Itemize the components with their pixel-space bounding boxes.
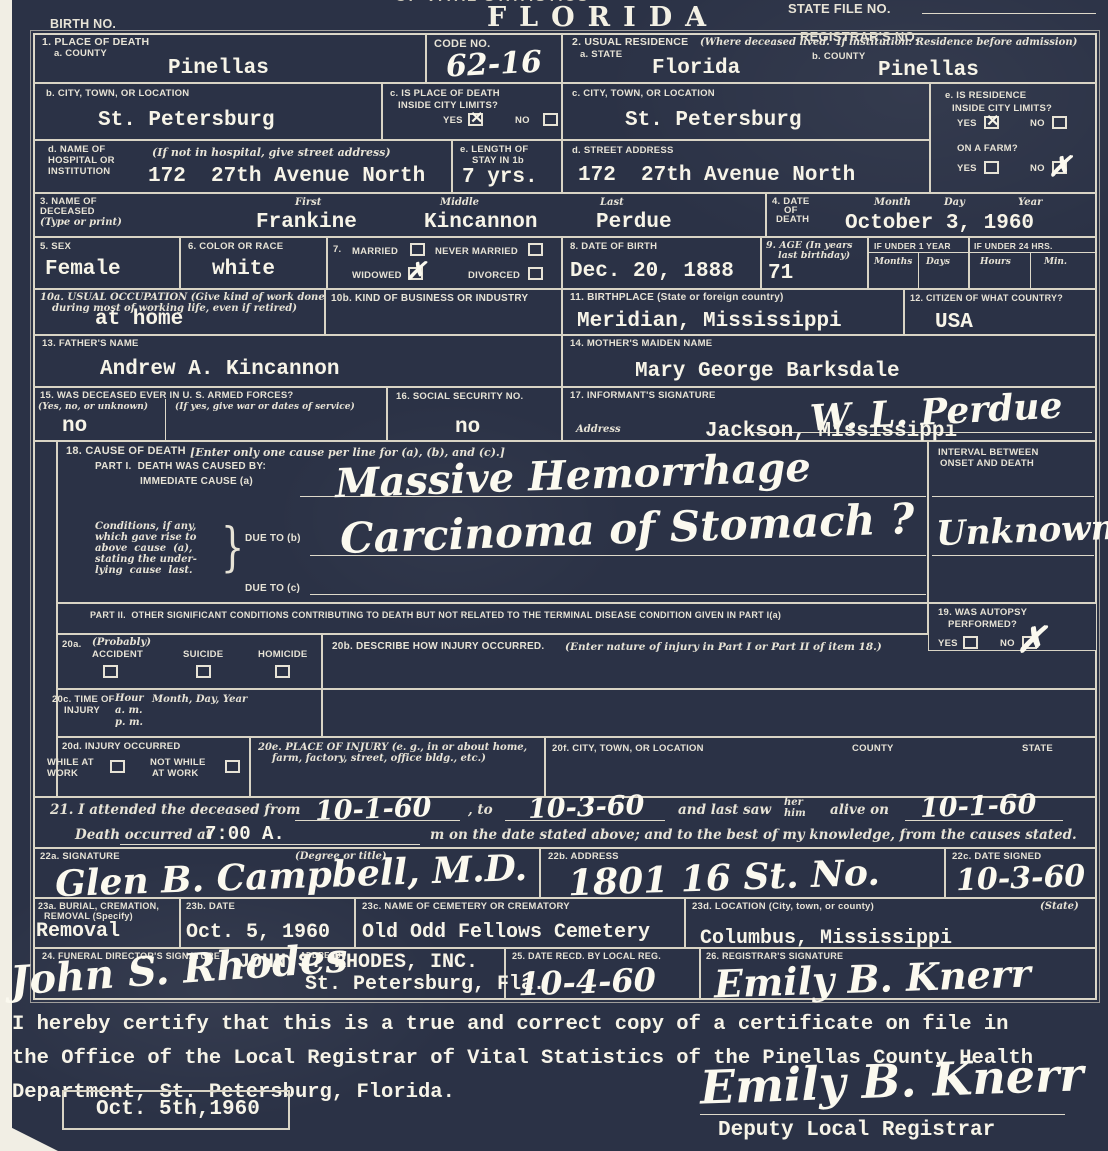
- certificate-title: FLORIDA: [487, 4, 719, 31]
- f14-label: 14. MOTHER'S MAIDEN NAME: [570, 338, 712, 349]
- f1-limits-yes-x-mark: ✕: [470, 111, 483, 127]
- f20b-label: 20b. DESCRIBE HOW INJURY OCCURRED.: [332, 641, 544, 653]
- f2-state-value: Florida: [652, 58, 740, 79]
- f20c-label2: INJURY: [64, 705, 100, 716]
- f23c-label: 23c. NAME OF CEMETERY OR CREMATORY: [362, 901, 570, 912]
- f3-last-label: Last: [600, 197, 624, 209]
- f1-hosp-note: (If not in hospital, give street address…: [152, 146, 391, 159]
- rule: [969, 252, 1097, 253]
- f7-married-checkbox: [410, 243, 425, 256]
- f20f-label: 20f. CITY, TOWN, OR LOCATION: [552, 743, 704, 754]
- cell-medical-strip: [33, 441, 57, 797]
- f2-state-label: a. STATE: [580, 49, 622, 60]
- f2-label-note: (Where deceased lived. If institution: R…: [700, 37, 1077, 49]
- death-certificate-scan: OF VITAL STATISTICS BIRTH NO. FLORIDA ST…: [0, 0, 1108, 1151]
- f21-p4: Death occurred at: [75, 827, 212, 843]
- footer-line1: I hereby certify that this is a true and…: [12, 1015, 1008, 1036]
- f2-county-label: b. COUNTY: [812, 51, 865, 62]
- f3-first-label: First: [295, 197, 321, 209]
- f4-day-label: Day: [944, 197, 965, 209]
- f1-code-value: 62-16: [445, 48, 542, 83]
- f9-u24-label: IF UNDER 24 HRS.: [974, 241, 1053, 251]
- f9-days-label: Days: [926, 257, 950, 268]
- f23d-value: Columbus, Mississippi: [700, 929, 952, 949]
- f17-address-value: Jackson, Mississippi: [705, 421, 957, 442]
- f2-city-value: St. Petersburg: [625, 110, 801, 131]
- f2-limits-yes-label: YES: [957, 118, 977, 129]
- f18-part2-label: PART II. OTHER SIGNIFICANT CONDITIONS CO…: [90, 610, 781, 621]
- f2-farm-no-x-mark: ✗: [1048, 153, 1071, 181]
- f23b-label: 23b. DATE: [186, 901, 235, 912]
- f16-label: 16. SOCIAL SECURITY NO.: [396, 391, 523, 402]
- f15-label: 15. WAS DECEASED EVER IN U. S. ARMED FOR…: [40, 390, 293, 401]
- f20a-probably-label: (Probably): [92, 637, 151, 649]
- f1-county-label: a. COUNTY: [54, 48, 107, 59]
- f21-d2-value: 10-3-60: [528, 792, 645, 823]
- f26-value: Emily B. Knerr: [713, 954, 1031, 1003]
- f3-label2: DECEASED: [40, 206, 95, 217]
- birth-no-label: BIRTH NO.: [50, 17, 116, 32]
- f2-farm-label: ON A FARM?: [957, 143, 1018, 154]
- f20a-accident-checkbox: [103, 665, 118, 678]
- f15-value: no: [62, 416, 87, 437]
- f3-first-value: Frankine: [256, 212, 357, 233]
- f5-value: Female: [45, 259, 121, 280]
- f1-hosp-value: 172 27th Avenue North: [148, 166, 425, 187]
- f19-no-label: NO: [1000, 638, 1015, 649]
- f9-min-label: Min.: [1044, 257, 1067, 268]
- f9-label2: last birthday): [778, 250, 850, 261]
- f18-immediate-label: IMMEDIATE CAUSE (a): [140, 476, 253, 488]
- f7-widowed-label: WIDOWED: [352, 270, 402, 281]
- f20c-label1: 20c. TIME OF: [52, 694, 115, 705]
- f8-value: Dec. 20, 1888: [570, 261, 734, 282]
- f9-months-label: Months: [874, 257, 912, 268]
- f11-label: 11. BIRTHPLACE (State or foreign country…: [570, 292, 784, 304]
- footer-signature: Emily B. Knerr: [699, 1051, 1084, 1110]
- f16-value: no: [455, 417, 480, 438]
- f7-widowed-x-mark: ✗: [406, 259, 426, 283]
- f2-limits-no-label: NO: [1030, 118, 1045, 129]
- f25-value: 10-4-60: [517, 964, 656, 1001]
- interval-rule-a: [932, 496, 1094, 497]
- f2-limits-label2: INSIDE CITY LIMITS?: [952, 103, 1052, 114]
- f2-street-value: 172 27th Avenue North: [578, 165, 855, 186]
- footer-signature-rule: [700, 1114, 1065, 1115]
- f9-u1y-label: IF UNDER 1 YEAR: [874, 241, 951, 251]
- f7-divorced-checkbox: [528, 267, 543, 280]
- f15-note1: (Yes, no, or unknown): [38, 402, 148, 413]
- f18-due-c-label: DUE TO (c): [245, 583, 300, 595]
- f1-stay-label2: STAY IN 1b: [472, 155, 524, 166]
- f6-value: white: [212, 259, 275, 280]
- f20c-hour-label: Hour: [115, 693, 144, 705]
- f5-label: 5. SEX: [40, 241, 71, 252]
- f19-yes-checkbox: [963, 636, 978, 649]
- f2-farm-yes-checkbox: [984, 161, 999, 174]
- f20a-suicide-checkbox: [196, 665, 211, 678]
- f1-city-label: b. CITY, TOWN, OR LOCATION: [46, 88, 189, 99]
- f19-label1: 19. WAS AUTOPSY: [938, 607, 1027, 618]
- f7-never-label: NEVER MARRIED: [435, 246, 518, 257]
- f20d-label: 20d. INJURY OCCURRED: [62, 741, 181, 752]
- f2-city-label: c. CITY, TOWN, OR LOCATION: [572, 88, 715, 99]
- f1-limits-yes-label: YES: [443, 115, 463, 126]
- f11-value: Meridian, Mississippi: [577, 311, 842, 332]
- f4-month-label: Month: [874, 197, 911, 209]
- f21-p3: alive on: [830, 802, 889, 818]
- f18-label: 18. CAUSE OF DEATH: [66, 445, 186, 458]
- f1-hosp-label1: d. NAME OF: [48, 144, 105, 155]
- f3-middle-label: Middle: [440, 197, 479, 209]
- f21-d1-value: 10-1-60: [315, 794, 432, 825]
- f7-married-label: MARRIED: [352, 246, 398, 257]
- f10a-value: at home: [95, 309, 183, 330]
- f21-him: him: [784, 808, 806, 820]
- f3-middle-value: Kincannon: [424, 212, 537, 233]
- f20d-not-checkbox: [225, 760, 240, 773]
- f18-interval-value: Unknown: [935, 511, 1108, 551]
- f9-value: 71: [768, 263, 793, 284]
- f2-farm-yes-label: YES: [957, 163, 977, 174]
- f1-limits-label1: c. IS PLACE OF DEATH: [390, 88, 500, 99]
- f22b-value: 1801 16 St. No.: [567, 855, 880, 902]
- f6-label: 6. COLOR OR RACE: [188, 241, 283, 252]
- f4-label3: DEATH: [776, 214, 809, 225]
- f20a-label: 20a.: [62, 639, 82, 650]
- f4-value: October 3, 1960: [845, 213, 1034, 234]
- f12-value: USA: [935, 312, 973, 333]
- cause-c-rule: [310, 594, 926, 595]
- f23c-value: Old Odd Fellows Cemetery: [362, 923, 650, 943]
- f20e-label2: farm, factory, street, office bldg., etc…: [272, 753, 486, 765]
- f18-interval-label2: ONSET AND DEATH: [940, 458, 1034, 469]
- f18-interval-label1: INTERVAL BETWEEN: [938, 447, 1039, 458]
- f19-label2: PERFORMED?: [948, 619, 1017, 630]
- f19-yes-label: YES: [938, 638, 958, 649]
- f1-limits-no-label: NO: [515, 115, 530, 126]
- f20c-pm-label: p. m.: [115, 717, 143, 729]
- f2-farm-no-label: NO: [1030, 163, 1045, 174]
- f20d-while-label1: WHILE AT: [47, 757, 94, 768]
- f20c-am-label: a. m.: [115, 705, 143, 717]
- f2-limits-yes-x-mark: ✕: [986, 114, 999, 130]
- f20d-while-label2: WORK: [47, 768, 78, 779]
- f20d-not-label1: NOT WHILE: [150, 757, 206, 768]
- f21-time-value: 7:00 A.: [205, 825, 285, 844]
- cell-20b-cont: [322, 689, 1097, 737]
- f3-last-value: Perdue: [596, 212, 672, 233]
- f22c-value: 10-3-60: [956, 862, 1086, 896]
- f15-note2: (If yes, give war or dates of service): [175, 402, 355, 413]
- interval-rule-b: [932, 555, 1094, 556]
- f7-label: 7.: [333, 244, 341, 255]
- f2-county-value: Pinellas: [878, 60, 979, 81]
- f1-stay-value: 7 yrs.: [462, 167, 538, 188]
- f23d-state-note: (State): [1040, 901, 1079, 913]
- f1-county-value: Pinellas: [168, 58, 269, 79]
- state-file-rule: [922, 13, 1096, 14]
- f7-divorced-label: DIVORCED: [468, 270, 520, 281]
- f9-hours-label: Hours: [980, 257, 1011, 268]
- f20a-suicide-label: SUICIDE: [183, 649, 223, 660]
- f23a-value: Removal: [36, 922, 120, 942]
- f7-never-checkbox: [528, 243, 543, 256]
- f2-limits-label1: e. IS RESIDENCE: [945, 90, 1026, 101]
- state-file-no-label: STATE FILE NO.: [788, 1, 891, 16]
- f21-p2: and last saw: [678, 802, 771, 818]
- f1-stay-label1: e. LENGTH OF: [460, 144, 528, 155]
- f21-d3-value: 10-1-60: [920, 791, 1037, 822]
- f23d-label: 23d. LOCATION (City, town, or county): [692, 901, 874, 912]
- f18-due-b-label: DUE TO (b): [245, 533, 301, 545]
- f20d-while-checkbox: [110, 760, 125, 773]
- f20a-homicide-checkbox: [275, 665, 290, 678]
- f1-hosp-label3: INSTITUTION: [48, 166, 110, 177]
- f17-label: 17. INFORMANT'S SIGNATURE: [570, 390, 716, 401]
- conditions-brace: }: [221, 522, 244, 574]
- f12-label: 12. CITIZEN OF WHAT COUNTRY?: [910, 293, 1063, 304]
- f25-label: 25. DATE RECD. BY LOCAL REG.: [512, 951, 661, 962]
- f21-to: , to: [468, 802, 493, 818]
- rule: [1030, 253, 1031, 289]
- f20a-accident-label: ACCIDENT: [92, 649, 143, 660]
- f21-p1: 21. I attended the deceased from: [50, 802, 300, 818]
- footer-title: Deputy Local Registrar: [718, 1120, 995, 1141]
- f20a-homicide-label: HOMICIDE: [258, 649, 308, 660]
- f19-no-x-mark: ✗: [1016, 622, 1046, 658]
- f20f-county-label: COUNTY: [852, 743, 894, 754]
- f8-label: 8. DATE OF BIRTH: [570, 241, 657, 252]
- rule: [918, 253, 919, 289]
- f1-limits-no-checkbox: [543, 113, 558, 126]
- f1-label: 1. PLACE OF DEATH: [42, 36, 149, 48]
- f2-limits-no-checkbox: [1052, 116, 1067, 129]
- f18-cond5: lying cause last.: [95, 565, 192, 577]
- f1-hosp-label2: HOSPITAL OR: [48, 155, 115, 166]
- f20d-not-label2: AT WORK: [152, 768, 198, 779]
- f4-year-label: Year: [1018, 197, 1042, 209]
- f14-value: Mary George Barksdale: [635, 361, 900, 382]
- f3-label3: (Type or print): [40, 217, 122, 229]
- footer-date-value: Oct. 5th,1960: [96, 1099, 260, 1120]
- f20f-state-label: STATE: [1022, 743, 1053, 754]
- f17-address-label: Address: [576, 424, 621, 436]
- f10b-label: 10b. KIND OF BUSINESS OR INDUSTRY: [331, 293, 528, 305]
- f2-label: 2. USUAL RESIDENCE: [572, 36, 688, 48]
- f13-value: Andrew A. Kincannon: [100, 359, 339, 380]
- f1-limits-label2: INSIDE CITY LIMITS?: [398, 100, 498, 111]
- f18-part1-label: PART I. DEATH WAS CAUSED BY:: [95, 461, 266, 473]
- f1-city-value: St. Petersburg: [98, 110, 274, 131]
- f2-street-label: d. STREET ADDRESS: [572, 145, 674, 156]
- rule: [165, 399, 166, 440]
- f20b-note: (Enter nature of injury in Part I or Par…: [565, 641, 882, 654]
- f13-label: 13. FATHER'S NAME: [42, 338, 139, 349]
- f20c-mdy-label: Month, Day, Year: [152, 694, 247, 706]
- f21-p5: m on the date stated above; and to the b…: [430, 827, 1077, 843]
